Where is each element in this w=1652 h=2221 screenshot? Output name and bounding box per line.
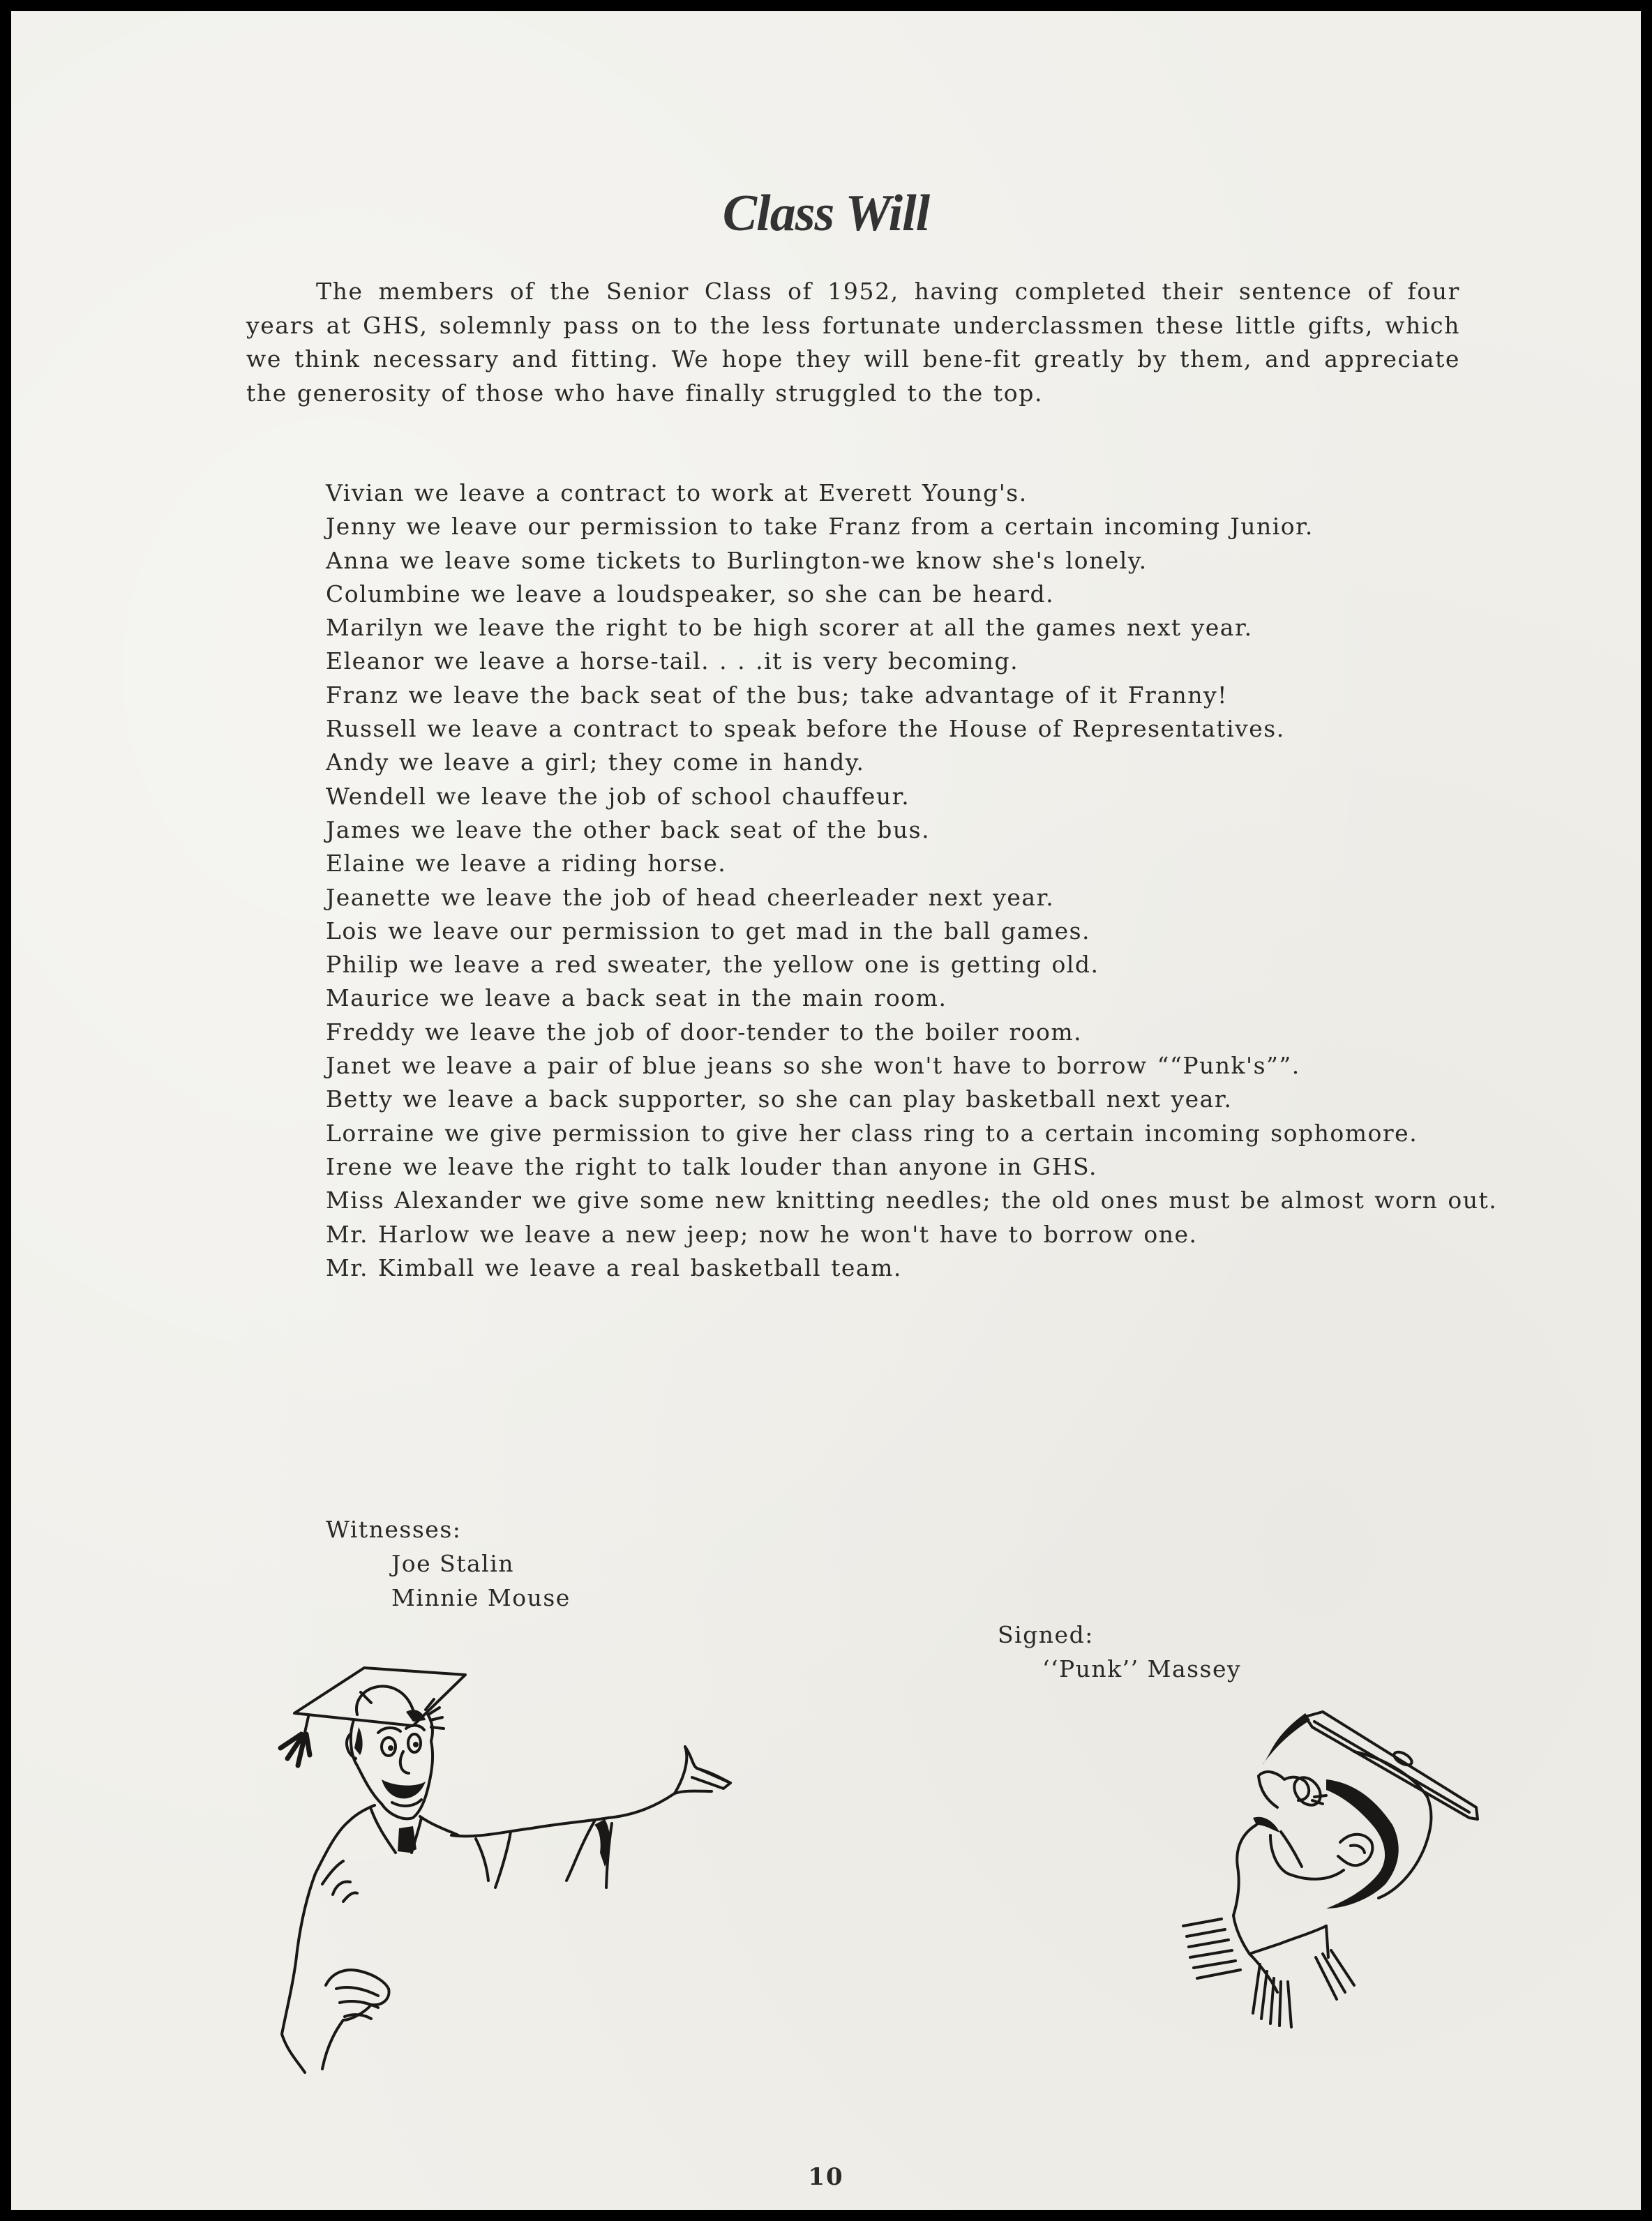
- bequest-item: Vivian we leave a contract to work at Ev…: [326, 476, 1526, 510]
- bequest-item: Irene we leave the right to talk louder …: [326, 1150, 1526, 1184]
- bequest-item: Mr. Kimball we leave a real basketball t…: [326, 1251, 1526, 1285]
- page-number: 10: [11, 2163, 1641, 2191]
- bequest-item: Jenny we leave our permission to take Fr…: [326, 510, 1526, 543]
- bequest-item: Franz we leave the back seat of the bus;…: [326, 679, 1526, 712]
- intro-paragraph: The members of the Senior Class of 1952,…: [246, 275, 1460, 410]
- witness-name: Minnie Mouse: [326, 1581, 571, 1615]
- witness-name: Joe Stalin: [326, 1546, 571, 1581]
- witnesses-label: Witnesses:: [326, 1512, 571, 1546]
- bequest-item: Elaine we leave a riding horse.: [326, 847, 1526, 880]
- bequest-item: Janet we leave a pair of blue jeans so s…: [326, 1049, 1526, 1083]
- bequest-item: Andy we leave a girl; they come in handy…: [326, 746, 1526, 779]
- signed-label: Signed:: [998, 1618, 1241, 1652]
- bequest-item: Betty we leave a back supporter, so she …: [326, 1083, 1526, 1116]
- graduate-pointing-icon: [266, 1643, 755, 2076]
- bequest-item: Marilyn we leave the right to be high sc…: [326, 611, 1526, 645]
- bequest-item: Philip we leave a red sweater, the yello…: [326, 948, 1526, 981]
- yearbook-page: Class Will The members of the Senior Cla…: [11, 11, 1641, 2210]
- bequest-item: Wendell we leave the job of school chauf…: [326, 780, 1526, 813]
- bequest-item: Columbine we leave a loudspeaker, so she…: [326, 578, 1526, 611]
- signer-name: ‘‘Punk’’ Massey: [998, 1652, 1241, 1686]
- bequest-item: Maurice we leave a back seat in the main…: [326, 981, 1526, 1015]
- bequest-item: Freddy we leave the job of door-tender t…: [326, 1016, 1526, 1049]
- page-title: Class Will: [11, 184, 1641, 243]
- witnesses-block: Witnesses: Joe Stalin Minnie Mouse: [326, 1512, 571, 1615]
- signature-block: Signed: ‘‘Punk’’ Massey: [998, 1618, 1241, 1686]
- bequest-item: Lois we leave our permission to get mad …: [326, 914, 1526, 948]
- bequest-item: Lorraine we give permission to give her …: [326, 1117, 1526, 1150]
- bequest-list: Vivian we leave a contract to work at Ev…: [326, 476, 1526, 1285]
- bequest-item: Russell we leave a contract to speak bef…: [326, 712, 1526, 746]
- bequest-item: Jeanette we leave the job of head cheerl…: [326, 881, 1526, 914]
- graduate-looking-up-icon: [1155, 1685, 1504, 2048]
- bequest-item: Mr. Harlow we leave a new jeep; now he w…: [326, 1218, 1526, 1251]
- bequest-item: Miss Alexander we give some new knitting…: [326, 1184, 1526, 1217]
- bequest-item: Eleanor we leave a horse-tail. . . .it i…: [326, 645, 1526, 678]
- bequest-item: James we leave the other back seat of th…: [326, 813, 1526, 847]
- bequest-item: Anna we leave some tickets to Burlington…: [326, 544, 1526, 578]
